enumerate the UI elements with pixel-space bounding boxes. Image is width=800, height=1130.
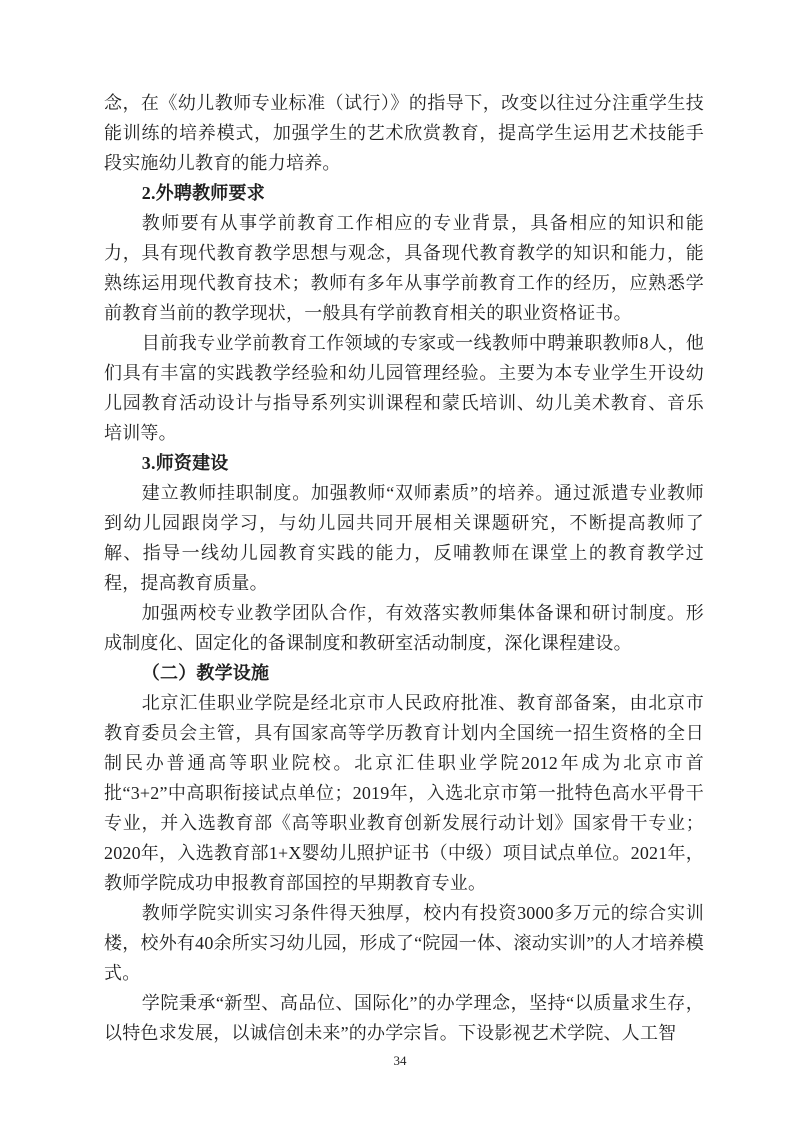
paragraph-training-conditions: 教师学院实训实习条件得天独厚，校内有投资3000多万元的综合实训楼，校外有40余… — [104, 898, 704, 988]
paragraph-teacher-secondment: 建立教师挂职制度。加强教师“双师素质”的培养。通过派遣专业教师到幼儿园跟岗学习，… — [104, 478, 704, 598]
page-number: 34 — [0, 1052, 800, 1070]
section-heading-faculty-building: 3.师资建设 — [104, 448, 704, 478]
paragraph-school-philosophy: 学院秉承“新型、高品位、国际化”的办学理念，坚持“以质量求生存，以特色求发展，以… — [104, 988, 704, 1048]
paragraph-teacher-background: 教师要有从事学前教育工作相应的专业背景，具备相应的知识和能力，具有现代教育教学思… — [104, 208, 704, 328]
paragraph-continuation: 念，在《幼儿教师专业标准（试行）》的指导下，改变以往过分注重学生技能训练的培养模… — [104, 88, 704, 178]
section-heading-teaching-facilities: （二）教学设施 — [104, 658, 704, 688]
paragraph-team-cooperation: 加强两校专业教学团队合作，有效落实教师集体备课和研讨制度。形成制度化、固定化的备… — [104, 598, 704, 658]
paragraph-parttime-teachers: 目前我专业学前教育工作领域的专家或一线教师中聘兼职教师8人，他们具有丰富的实践教… — [104, 328, 704, 448]
paragraph-college-introduction: 北京汇佳职业学院是经北京市人民政府批准、教育部备案，由北京市教育委员会主管，具有… — [104, 688, 704, 898]
section-heading-external-teacher-requirements: 2.外聘教师要求 — [104, 178, 704, 208]
document-body: 念，在《幼儿教师专业标准（试行）》的指导下，改变以往过分注重学生技能训练的培养模… — [104, 88, 704, 1048]
